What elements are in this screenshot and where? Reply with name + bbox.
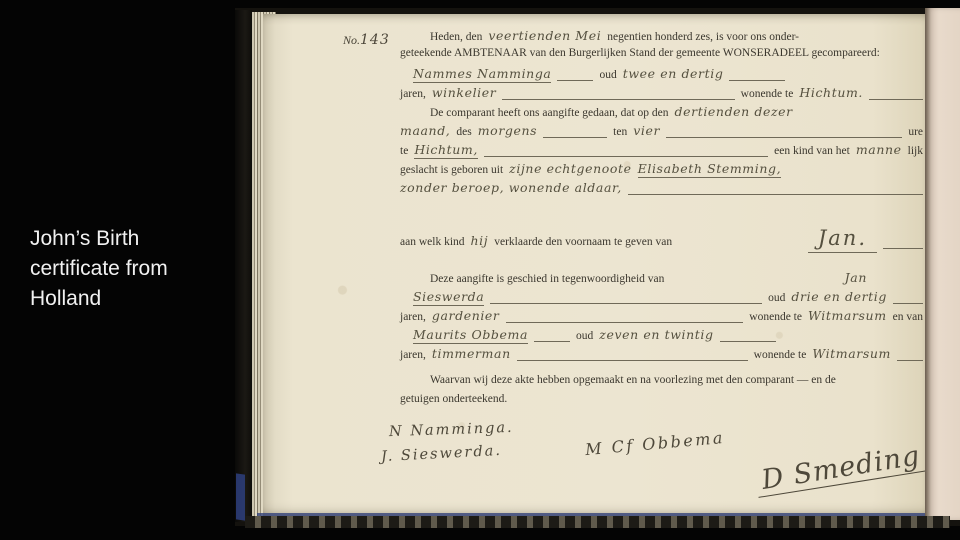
sig-smeding: D Smeding: [754, 438, 937, 498]
next-page-edge: [925, 8, 960, 520]
printed-text: geteekende AMBTENAAR van den Burgerlijke…: [400, 47, 880, 59]
handwritten-text: Jan.: [808, 226, 877, 253]
printed-text: jaren,: [400, 88, 426, 100]
printed-text: jaren,: [400, 349, 426, 361]
printed-text: wonende te: [741, 88, 794, 100]
printed-text: en van: [893, 311, 923, 323]
blank-rule: [720, 331, 776, 342]
blank-rule: [517, 350, 748, 361]
doc-line: jaren,gardenierwonende teWitmarsumen van: [400, 308, 923, 327]
handwritten-text: dertienden dezer: [675, 104, 793, 119]
handwritten-text: twee en dertig: [623, 66, 724, 81]
blank-rule: [893, 293, 923, 304]
act-number-label: No.: [343, 33, 360, 47]
blank-rule: [506, 312, 744, 323]
handwritten-text: Hichtum,: [414, 142, 478, 159]
doc-line: Maurits Obbemaoudzeven en twintig: [400, 327, 923, 346]
act-number-value: 143: [360, 32, 390, 48]
printed-text: wonende te: [749, 311, 802, 323]
blank-rule: [883, 238, 923, 249]
printed-text: verklaarde den voornaam te geven van: [494, 236, 672, 248]
doc-line: aan welk kindhijverklaarde den voornaam …: [400, 226, 923, 253]
printed-text: negentien honderd zes, is voor ons onder…: [607, 31, 799, 43]
spacer: [873, 281, 923, 282]
certificate-text: Heden, denveertienden Meinegentien honde…: [400, 28, 923, 412]
handwritten-text: manne: [856, 142, 902, 157]
book-spine: [235, 10, 252, 522]
printed-text: De comparant heeft ons aangifte gedaan, …: [430, 107, 669, 119]
certificate-page: No.143 Heden, denveertienden Meinegentie…: [263, 14, 925, 516]
printed-text: wonende te: [754, 349, 807, 361]
printed-text: een kind van het: [774, 145, 850, 157]
act-number: No.143: [343, 32, 390, 48]
handwritten-text: winkelier: [432, 85, 497, 100]
blank-rule: [869, 89, 923, 100]
blank-rule: [534, 331, 570, 342]
blank-rule: [484, 146, 768, 157]
handwritten-text: Jan: [845, 270, 867, 285]
blank-rule: [666, 127, 902, 138]
printed-text: ure: [908, 126, 923, 138]
handwritten-text: Witmarsum: [812, 346, 891, 361]
handwritten-text: zonder beroep, wonende aldaar,: [400, 180, 622, 195]
doc-line: zonder beroep, wonende aldaar,: [400, 180, 923, 199]
blank-rule: [628, 184, 923, 195]
spacer: [678, 244, 802, 245]
sig-obbema: M Cf Obbema: [584, 428, 725, 459]
book-cover-bottom: [245, 516, 950, 528]
doc-line: getuigen onderteekend.: [400, 393, 923, 412]
handwritten-text: timmerman: [432, 346, 511, 361]
handwritten-text: morgens: [478, 123, 537, 138]
handwritten-text: drie en dertig: [791, 289, 887, 304]
handwritten-text: zeven en twintig: [599, 327, 713, 342]
printed-text: oud: [768, 292, 785, 304]
doc-line: Heden, denveertienden Meinegentien honde…: [400, 28, 923, 47]
printed-text: des: [456, 126, 471, 138]
doc-line: jaren,timmermanwonende teWitmarsum: [400, 346, 923, 365]
doc-line: maand,desmorgenstenvierure: [400, 123, 923, 142]
handwritten-text: hij: [471, 233, 489, 248]
book-cover-blue-corner: [236, 473, 245, 520]
spacer: [670, 281, 838, 282]
sig-namminga: N Namminga.: [389, 420, 514, 440]
handwritten-text: Maurits Obbema: [413, 327, 528, 344]
presentation-slide: John’s Birth certificate from Holland No…: [0, 0, 960, 540]
blank-rule: [557, 70, 593, 81]
printed-text: getuigen onderteekend.: [400, 393, 507, 405]
doc-line: geslacht is geboren uitzijne echtgenoote…: [400, 161, 923, 180]
printed-text: jaren,: [400, 311, 426, 323]
handwritten-text: Witmarsum: [808, 308, 887, 323]
printed-text: ten: [613, 126, 627, 138]
printed-text: geslacht is geboren uit: [400, 164, 503, 176]
handwritten-text: Hichtum.: [799, 85, 863, 100]
blank-rule: [729, 70, 785, 81]
printed-text: oud: [576, 330, 593, 342]
printed-text: te: [400, 145, 408, 157]
printed-text: lijk: [908, 145, 923, 157]
doc-line: Deze aangifte is geschied in tegenwoordi…: [400, 270, 923, 289]
blank-rule: [490, 293, 762, 304]
doc-line: Waarvan wij deze akte hebben opgemaakt e…: [400, 374, 923, 393]
sig-sieswerda: J. Sieswerda.: [381, 443, 503, 465]
doc-line: teHichtum,een kind van hetmannelijk: [400, 142, 923, 161]
blank-rule: [543, 127, 607, 138]
handwritten-text: Sieswerda: [413, 289, 484, 306]
printed-text: oud: [599, 69, 616, 81]
slide-caption: John’s Birth certificate from Holland: [30, 224, 208, 313]
handwritten-text: zijne echtgenoote: [509, 161, 631, 176]
doc-line: Sieswerdaouddrie en dertig: [400, 289, 923, 308]
handwritten-text: gardenier: [432, 308, 500, 323]
handwritten-text: Elisabeth Stemming,: [638, 161, 782, 178]
doc-line: Nammes Nammingaoudtwee en dertig: [400, 66, 923, 85]
doc-line: De comparant heeft ons aangifte gedaan, …: [400, 104, 923, 123]
printed-text: aan welk kind: [400, 236, 465, 248]
handwritten-text: vier: [633, 123, 660, 138]
blank-rule: [502, 89, 734, 100]
doc-line: geteekende AMBTENAAR van den Burgerlijke…: [400, 47, 923, 66]
blank-rule: [897, 350, 923, 361]
handwritten-text: maand,: [400, 123, 450, 138]
printed-text: Deze aangifte is geschied in tegenwoordi…: [430, 273, 664, 285]
handwritten-text: veertienden Mei: [488, 28, 601, 43]
scanned-register-book: No.143 Heden, denveertienden Meinegentie…: [235, 8, 960, 526]
doc-line: jaren,winkelierwonende teHichtum.: [400, 85, 923, 104]
printed-text: Heden, den: [430, 31, 482, 43]
handwritten-text: Nammes Namminga: [413, 66, 551, 83]
printed-text: Waarvan wij deze akte hebben opgemaakt e…: [430, 374, 836, 386]
